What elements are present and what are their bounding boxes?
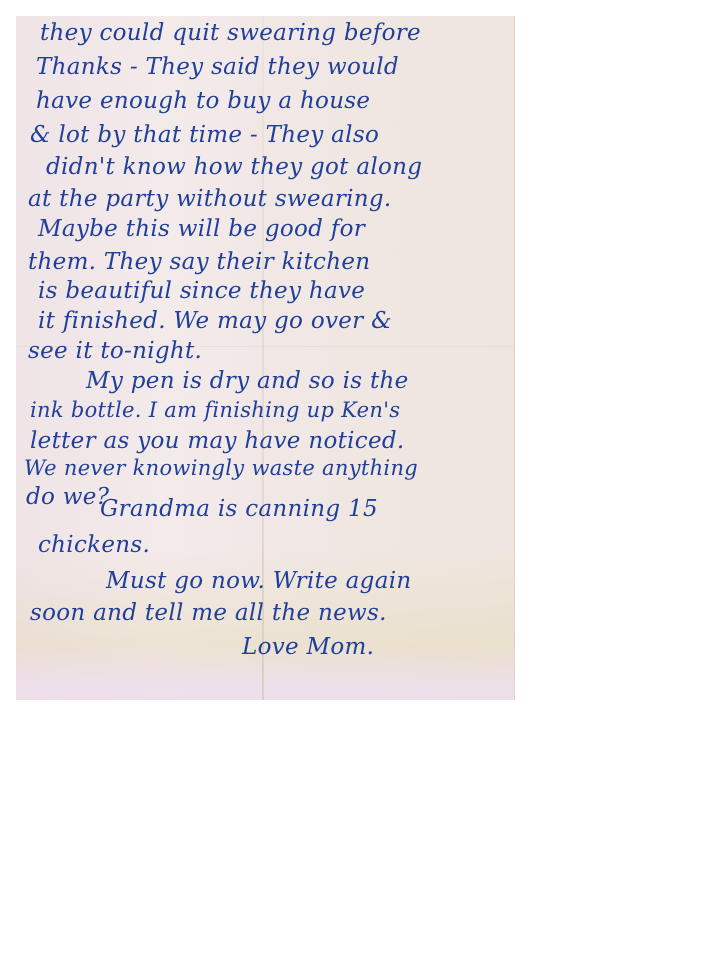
letter-line: at the party without swearing. — [28, 186, 392, 212]
letter-line: didn't know how they got along — [46, 154, 422, 180]
letter-line: ink bottle. I am finishing up Ken's — [30, 398, 400, 422]
letter-line: have enough to buy a house — [36, 88, 370, 114]
letter-line: Grandma is canning 15 — [100, 496, 378, 522]
letter-line: them. They say their kitchen — [28, 249, 370, 275]
letter-line: soon and tell me all the news. — [30, 600, 387, 626]
letter-line: & lot by that time - They also — [30, 122, 379, 148]
letter-line: Maybe this will be good for — [38, 216, 365, 242]
letter-line: Thanks - They said they would — [36, 54, 399, 80]
letter-line: it finished. We may go over & — [38, 308, 392, 334]
letter-line: My pen is dry and so is the — [86, 368, 409, 394]
letter-signature: Love Mom. — [242, 634, 374, 660]
letter-page: they could quit swearing before Thanks -… — [16, 16, 515, 700]
letter-line: chickens. — [38, 532, 150, 558]
letter-line: see it to-night. — [28, 338, 202, 364]
fold-crease — [262, 16, 264, 700]
letter-line: do we? — [26, 484, 109, 510]
letter-line: We never knowingly waste anything — [24, 456, 418, 480]
letter-line: is beautiful since they have — [38, 278, 365, 304]
letter-line: they could quit swearing before — [40, 20, 500, 46]
letter-line: Must go now. Write again — [106, 568, 411, 594]
letter-line: letter as you may have noticed. — [30, 428, 405, 454]
